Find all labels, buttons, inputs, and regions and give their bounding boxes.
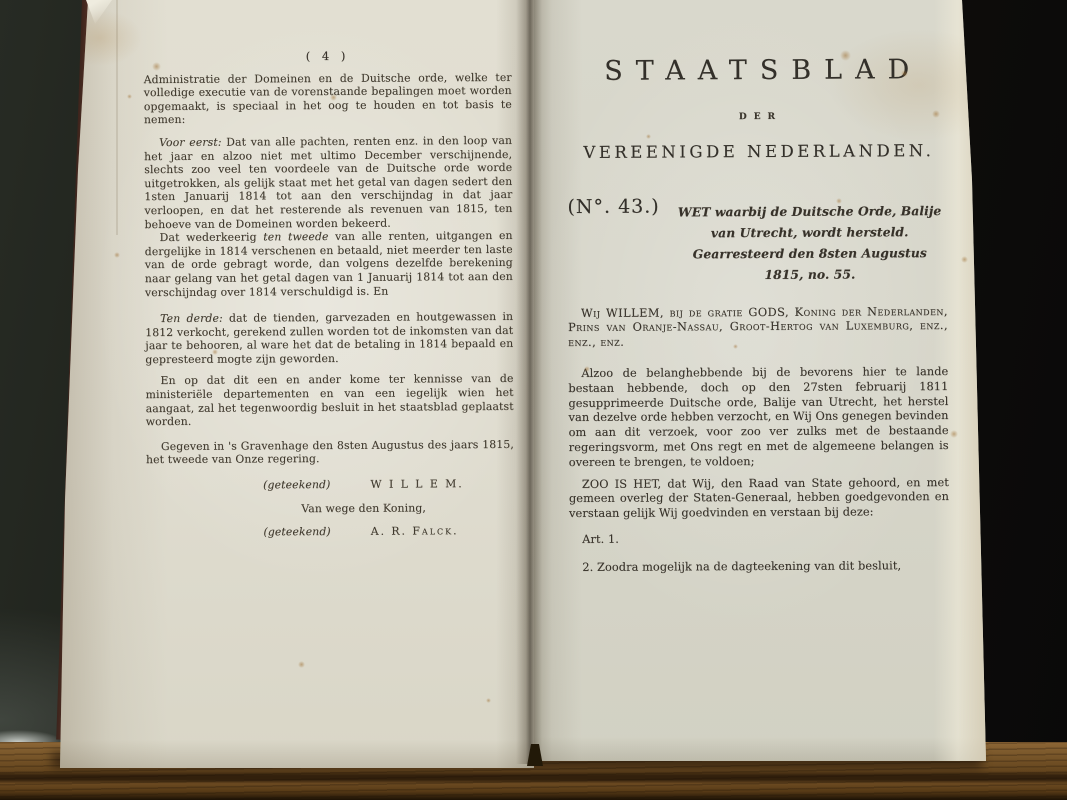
article-lead: Art. 1. xyxy=(582,533,619,546)
paragraph-administratie: Administratie der Domeinen en de Duitsch… xyxy=(144,70,512,127)
geteekend-label: (geteekend) xyxy=(263,525,330,539)
paragraph-text: 2. Zoodra mogelijk na de dagteekening va… xyxy=(582,559,901,574)
decree-heading: (N°. 43.) WET waarbij de Duitsche Orde, … xyxy=(567,200,947,286)
paragraph-zoo-is-het: ZOO IS HET, dat Wij, den Raad van State … xyxy=(569,476,949,522)
paragraph-ten-tweede: Dat wederkeerig ten tweede van alle rent… xyxy=(145,229,513,299)
geteekend-label: (geteekend) xyxy=(263,478,330,492)
document-photo: ( 4 ) Administratie der Domeinen en de D… xyxy=(0,0,1067,800)
paragraph-text: Dat wederkeerig xyxy=(160,231,264,245)
right-page-text-block: STAATSBLAD DER VEREENIGDE NEDERLANDEN. (… xyxy=(567,55,950,576)
page-fold-gutter xyxy=(516,0,542,764)
paragraph-text: Wij WILLEM, bij de gratie GODS, Koning d… xyxy=(568,305,948,350)
paragraph-art-1: Art. 1. xyxy=(569,531,949,548)
paragraph-italic: ten tweede xyxy=(263,230,328,243)
paragraph-text: En op dat dit een en ander kome ter kenn… xyxy=(146,372,514,428)
paragraph-art-2: 2. Zoodra mogelijk na de dagteekening va… xyxy=(569,559,949,576)
signature-row-willem: (geteekend) W I L L E M. xyxy=(146,477,514,493)
paragraph-gegeven: Gegeven in 's Gravenhage den 8sten Augus… xyxy=(146,438,514,467)
paragraph-text: Administratie der Domeinen en de Duitsch… xyxy=(144,70,512,126)
paragraph-text: Gegeven in 's Gravenhage den 8sten Augus… xyxy=(146,438,514,467)
paragraph-wij-willem: Wij WILLEM, bij de gratie GODS, Koning d… xyxy=(568,305,948,351)
decree-summary: WET waarbij de Duitsche Orde, Balije van… xyxy=(672,200,948,285)
signature-falck: A. R. Falck. xyxy=(371,524,459,538)
paragraph-italic: Ten derde: xyxy=(160,312,223,325)
paper-crease xyxy=(116,0,118,235)
left-page: ( 4 ) Administratie der Domeinen en de D… xyxy=(58,0,536,768)
decree-number: (N°. 43.) xyxy=(567,199,659,214)
masthead-title: STAATSBLAD xyxy=(567,55,947,87)
page-number: ( 4 ) xyxy=(144,49,512,65)
signature-willem: W I L L E M. xyxy=(370,477,463,491)
right-page: STAATSBLAD DER VEREENIGDE NEDERLANDEN. (… xyxy=(534,0,986,761)
paragraph-en-op-dat: En op dat dit een en ander kome ter kenn… xyxy=(145,372,513,429)
van-wege-den-koning-line: Van wege den Koning, xyxy=(146,500,514,516)
paragraph-ten-derde: Ten derde: dat de tienden, garvezaden en… xyxy=(145,310,513,367)
paragraph-alzoo: Alzoo de belanghebbende bij de bevorens … xyxy=(568,365,949,471)
left-page-text-block: ( 4 ) Administratie der Domeinen en de D… xyxy=(144,49,515,540)
paragraph-text: ZOO IS HET, dat Wij, den Raad van State … xyxy=(569,476,949,521)
masthead-der: DER xyxy=(567,109,947,126)
masthead-subtitle: VEREENIGDE NEDERLANDEN. xyxy=(567,144,947,161)
signature-row-falck: (geteekend) A. R. Falck. xyxy=(146,524,514,540)
paragraph-text: Alzoo de belanghebbende bij de bevorens … xyxy=(568,365,948,469)
paragraph-voor-eerst: Voor eerst: Dat van alle pachten, renten… xyxy=(144,134,513,231)
paragraph-text: Dat van alle pachten, renten enz. in den… xyxy=(144,134,512,231)
paragraph-italic: Voor eerst: xyxy=(159,136,222,149)
